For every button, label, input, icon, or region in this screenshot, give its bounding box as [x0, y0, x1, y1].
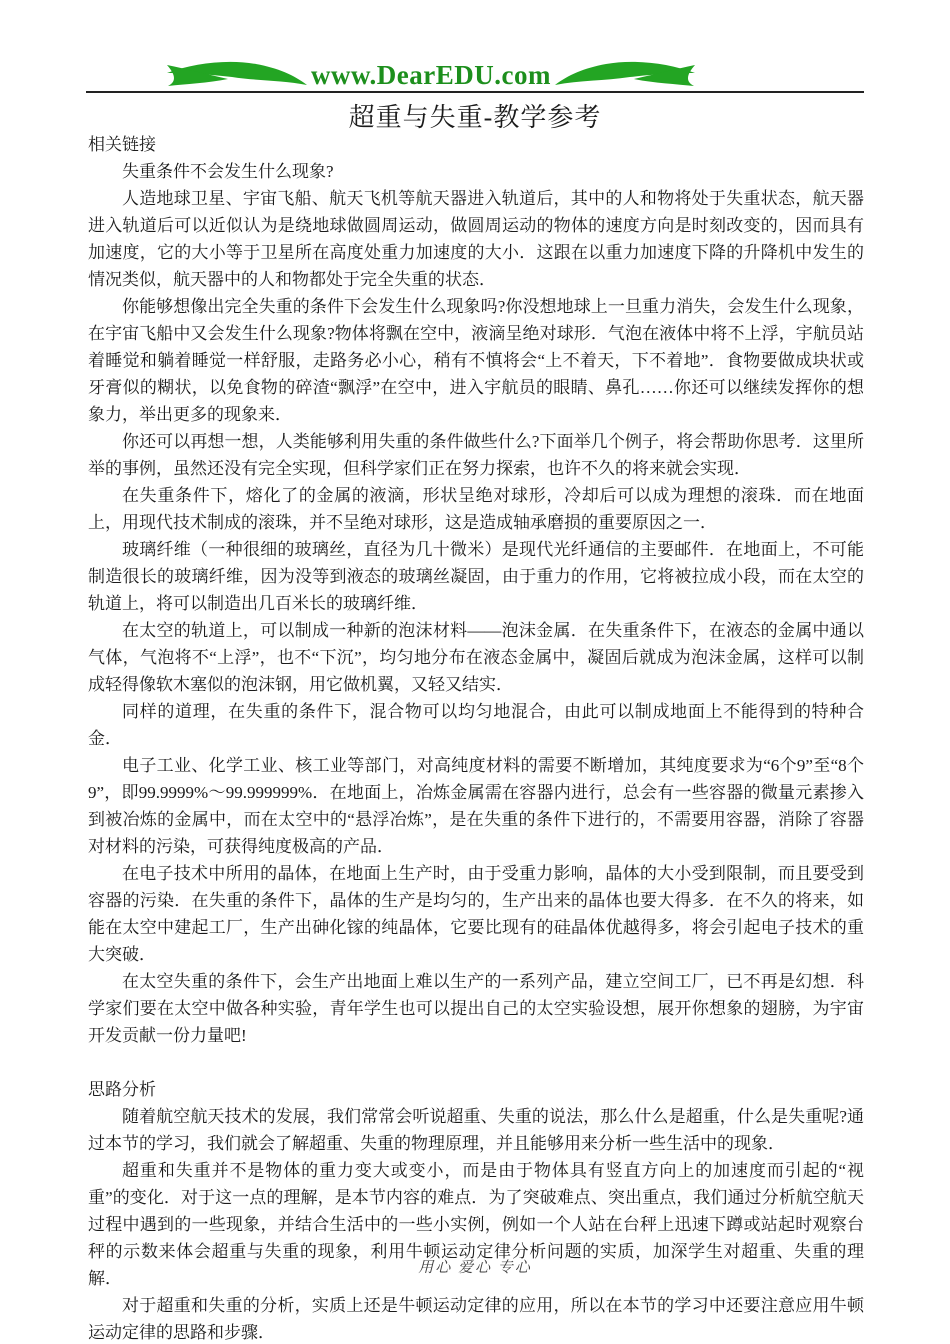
section-heading: 思路分析: [88, 1076, 864, 1103]
document-body: 相关链接失重条件不会发生什么现象?人造地球卫星、宇宙飞船、航天飞机等航天器进入轨…: [88, 131, 864, 1344]
paragraph: 玻璃纤维（一种很细的玻璃丝，直径为几十微米）是现代光纤通信的主要邮件．在地面上，…: [88, 536, 864, 617]
paragraph: 人造地球卫星、宇宙飞船、航天飞机等航天器进入轨道后，其中的人和物将处于失重状态，…: [88, 185, 864, 293]
paragraph: 在电子技术中所用的晶体，在地面上生产时，由于受重力影响，晶体的大小受到限制，而且…: [88, 860, 864, 968]
paragraph: 你还可以再想一想，人类能够利用失重的条件做些什么?下面举几个例子，将会帮助你思考…: [88, 428, 864, 482]
logo-text: www.DearEDU.com: [311, 62, 551, 89]
page-title: 超重与失重-教学参考: [0, 97, 950, 134]
paragraph: 失重条件不会发生什么现象?: [88, 158, 864, 185]
logo-swoosh-left-icon: [166, 57, 308, 91]
paragraph: 随着航空航天技术的发展，我们常常会听说超重、失重的说法，那么什么是超重，什么是失…: [88, 1103, 864, 1157]
section-heading: 相关链接: [88, 131, 864, 158]
paragraph: 电子工业、化学工业、核工业等部门，对高纯度材料的需要不断增加，其纯度要求为“6个…: [88, 752, 864, 860]
paragraph: 同样的道理，在失重的条件下，混合物可以均匀地混合，由此可以制成地面上不能得到的特…: [88, 698, 864, 752]
header-divider: [86, 91, 864, 93]
footer-motto: 用心 爱心 专心: [0, 1256, 950, 1277]
paragraph: 在太空失重的条件下，会生产出地面上难以生产的一系列产品，建立空间工厂，已不再是幻…: [88, 968, 864, 1049]
site-logo: www.DearEDU.com: [166, 54, 646, 94]
paragraph: 在太空的轨道上，可以制成一种新的泡沫材料——泡沫金属．在失重条件下，在液态的金属…: [88, 617, 864, 698]
paragraph: 你能够想像出完全失重的条件下会发生什么现象吗?你没想地球上一旦重力消失，会发生什…: [88, 293, 864, 428]
paragraph: 对于超重和失重的分析，实质上还是牛顿运动定律的应用，所以在本节的学习中还要注意应…: [88, 1292, 864, 1344]
document-page: www.DearEDU.com 超重与失重-教学参考 相关链接失重条件不会发生什…: [0, 0, 950, 1344]
logo-swoosh-right-icon: [554, 57, 696, 91]
paragraph: 在失重条件下，熔化了的金属的液滴，形状呈绝对球形，冷却后可以成为理想的滚珠．而在…: [88, 482, 864, 536]
